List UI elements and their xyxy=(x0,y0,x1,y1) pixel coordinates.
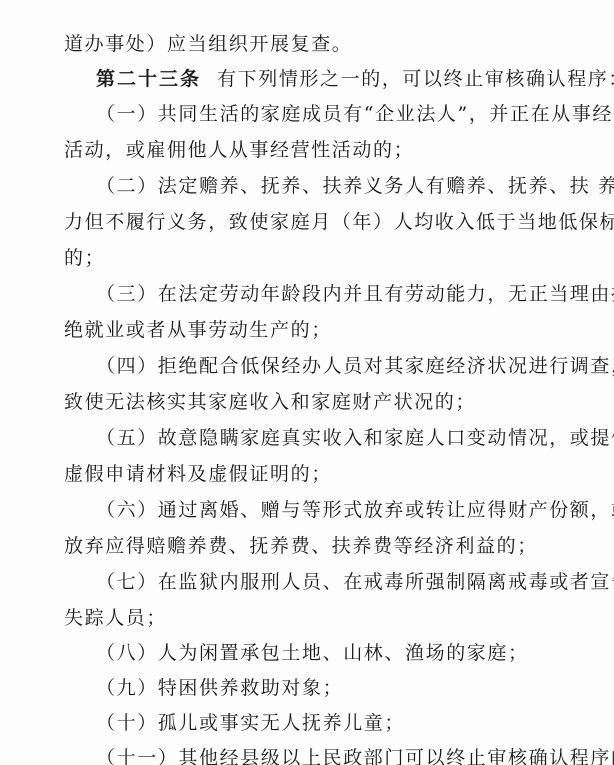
article-heading: 第二十三条 xyxy=(96,68,201,90)
item-11-line: （十一）其他经县级以上民政部门可以终止审核确认程序的。 xyxy=(96,746,576,765)
text-line-1: 道办事处）应当组织开展复查。 xyxy=(64,32,544,56)
item-7-line-1: （七）在监狱内服刑人员、在戒毒所强制隔离戒毒或者宣告 xyxy=(96,570,576,594)
document-page: 道办事处）应当组织开展复查。 第二十三条有下列情形之一的，可以终止审核确认程序：… xyxy=(0,0,614,765)
item-10-line: （十）孤儿或事实无人抚养儿童； xyxy=(96,711,576,735)
item-6-line-2: 放弃应得赔赡养费、抚养费、扶养费等经济利益的； xyxy=(64,534,544,558)
item-2-line-1: （二）法定赡养、抚养、扶养义务人有赡养、抚养、扶 养能 xyxy=(96,174,576,198)
item-5-line-1: （五）故意隐瞒家庭真实收入和家庭人口变动情况，或提供 xyxy=(96,426,576,450)
item-3-line-1: （三）在法定劳动年龄段内并且有劳动能力，无正当理由拒 xyxy=(96,282,576,306)
item-5-line-2: 虚假申请材料及虚假证明的； xyxy=(64,462,544,486)
item-2-line-2: 力但不履行义务，致使家庭月（年）人均收入低于当地低保标准 xyxy=(64,210,544,234)
item-4-line-2: 致使无法核实其家庭收入和家庭财产状况的； xyxy=(64,390,544,414)
article-23-line: 第二十三条有下列情形之一的，可以终止审核确认程序： xyxy=(96,67,576,91)
item-2-line-3: 的； xyxy=(64,246,544,270)
item-1-line-2: 活动，或雇佣他人从事经营性活动的； xyxy=(64,138,544,162)
article-23-intro: 有下列情形之一的，可以终止审核确认程序： xyxy=(217,68,614,90)
item-3-line-2: 绝就业或者从事劳动生产的； xyxy=(64,318,544,342)
item-8-line: （八）人为闲置承包土地、山林、渔场的家庭； xyxy=(96,641,576,665)
item-1-line-1: （一）共同生活的家庭成员有“企业法人”，并正在从事经营 xyxy=(96,102,576,126)
item-4-line-1: （四）拒绝配合低保经办人员对其家庭经济状况进行调查， xyxy=(96,354,576,378)
item-9-line: （九）特困供养救助对象； xyxy=(96,676,576,700)
item-7-line-2: 失踪人员； xyxy=(64,606,544,630)
item-6-line-1: （六）通过离婚、赠与等形式放弃或转让应得财产份额，或 xyxy=(96,498,576,522)
